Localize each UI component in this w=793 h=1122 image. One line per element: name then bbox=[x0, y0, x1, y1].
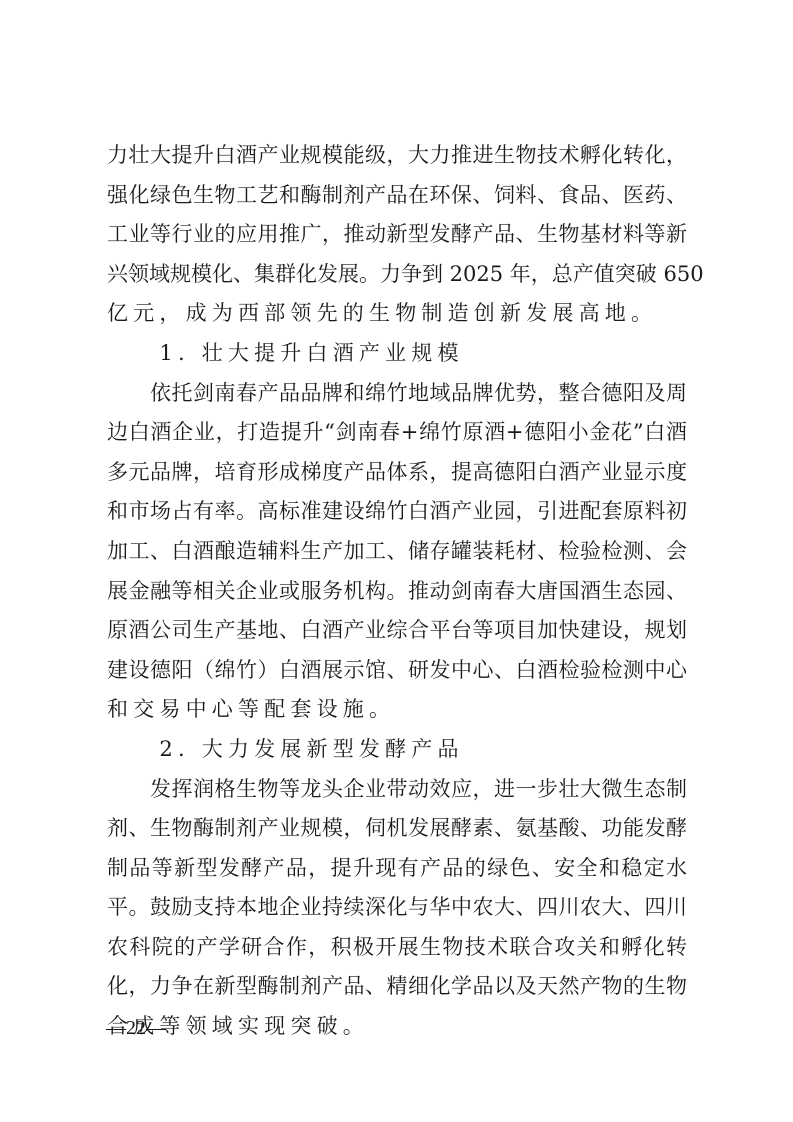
text-line: 化，力争在新型酶制剂产品、精细化学品以及天然产物的生物 bbox=[107, 967, 687, 1007]
section-heading-baijiu: 1. 壮大提升白酒产业规模 bbox=[107, 334, 687, 374]
text-line: 力壮大提升白酒产业规模能级，大力推进生物技术孵化转化， bbox=[107, 136, 687, 176]
text-line: 合成等领域实现突破。 bbox=[107, 1007, 687, 1047]
text-line: 多元品牌，培育形成梯度产品体系，提高德阳白酒产业显示度 bbox=[107, 453, 687, 493]
document-page: 力壮大提升白酒产业规模能级，大力推进生物技术孵化转化， 强化绿色生物工艺和酶制剂… bbox=[0, 0, 793, 1122]
text-line: 建设德阳（绵竹）白酒展示馆、研发中心、白酒检验检测中心 bbox=[107, 651, 687, 691]
paragraph-baijiu: 依托剑南春产品品牌和绵竹地域品牌优势，整合德阳及周 边白酒企业，打造提升“剑南春… bbox=[107, 374, 687, 730]
text-line: 强化绿色生物工艺和酶制剂产品在环保、饲料、食品、医药、 bbox=[107, 176, 687, 216]
text-line: 和市场占有率。高标准建设绵竹白酒产业园，引进配套原料初 bbox=[107, 492, 687, 532]
text-line: 边白酒企业，打造提升“剑南春+绵竹原酒+德阳小金花”白酒 bbox=[107, 413, 687, 453]
section-heading-fermentation: 2. 大力发展新型发酵产品 bbox=[107, 730, 687, 770]
text-line: 发挥润格生物等龙头企业带动效应，进一步壮大微生态制 bbox=[107, 770, 687, 810]
text-line: 原酒公司生产基地、白酒产业综合平台等项目加快建设，规划 bbox=[107, 611, 687, 651]
paragraph-intro-continuation: 力壮大提升白酒产业规模能级，大力推进生物技术孵化转化， 强化绿色生物工艺和酶制剂… bbox=[107, 136, 687, 334]
text-line: 兴领域规模化、集群化发展。力争到 2025 年，总产值突破 650 bbox=[107, 255, 687, 295]
text-line: 和交易中心等配套设施。 bbox=[107, 690, 687, 730]
text-line: 加工、白酒酿造辅料生产加工、储存罐装耗材、检验检测、会 bbox=[107, 532, 687, 572]
heading-line: 1. 壮大提升白酒产业规模 bbox=[107, 334, 687, 374]
page-number: —22— bbox=[106, 1016, 166, 1040]
text-line: 剂、生物酶制剂产业规模，伺机发展酵素、氨基酸、功能发酵 bbox=[107, 809, 687, 849]
text-line: 工业等行业的应用推广，推动新型发酵产品、生物基材料等新 bbox=[107, 215, 687, 255]
text-line: 展金融等相关企业或服务机构。推动剑南春大唐国酒生态园、 bbox=[107, 572, 687, 612]
paragraph-fermentation: 发挥润格生物等龙头企业带动效应，进一步壮大微生态制 剂、生物酶制剂产业规模，伺机… bbox=[107, 770, 687, 1047]
text-line: 亿元，成为西部领先的生物制造创新发展高地。 bbox=[107, 294, 687, 334]
text-line: 平。鼓励支持本地企业持续深化与华中农大、四川农大、四川 bbox=[107, 888, 687, 928]
text-line: 农科院的产学研合作，积极开展生物技术联合攻关和孵化转 bbox=[107, 928, 687, 968]
heading-line: 2. 大力发展新型发酵产品 bbox=[107, 730, 687, 770]
document-body: 力壮大提升白酒产业规模能级，大力推进生物技术孵化转化， 强化绿色生物工艺和酶制剂… bbox=[107, 136, 687, 1047]
text-line: 制品等新型发酵产品，提升现有产品的绿色、安全和稳定水 bbox=[107, 849, 687, 889]
text-line: 依托剑南春产品品牌和绵竹地域品牌优势，整合德阳及周 bbox=[107, 374, 687, 414]
